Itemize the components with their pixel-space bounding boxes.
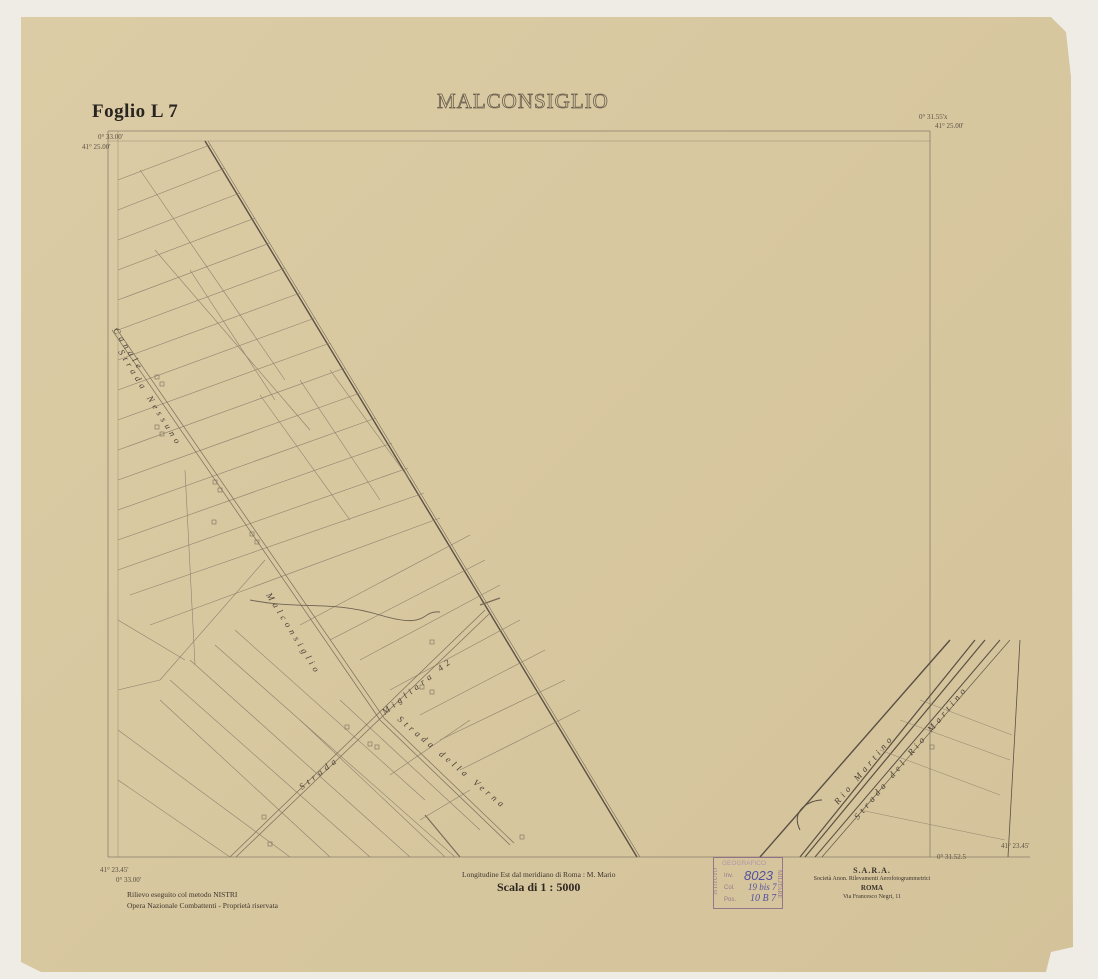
coord-top-left-long: 0° 33.00' [98, 133, 123, 141]
map-drawing: Canale Strada Nessuno Malconsiglio Migli… [0, 0, 1098, 979]
stamp-label-pos: Pos. [724, 897, 736, 903]
sheet-number: Foglio L 7 [92, 101, 178, 123]
archive-stamp: GEOGRAFICO ISTITUTO MILITARE Inv. Col. P… [713, 857, 783, 909]
boundary-line [205, 141, 640, 857]
parcel-lines [118, 145, 580, 857]
stamp-label-col: Col. [724, 885, 735, 891]
place-name-title: MALCONSIGLIO [437, 89, 609, 114]
survey-line-1: Rilievo eseguito col metodo NISTRI [127, 889, 278, 900]
canal-rio-martino [760, 640, 1020, 857]
road-verna [380, 718, 514, 857]
coord-top-left-lat: 41° 25.00' [82, 143, 111, 151]
label-strada-della-verna: Strada della Verna [396, 714, 509, 811]
publisher-city: ROMA [812, 884, 932, 893]
coord-bottom-right-lat: 41° 23.45' [1001, 842, 1030, 850]
coord-bottom-left-lat: 41° 23.45' [100, 866, 129, 874]
coord-bottom-left-long: 0° 33.00' [116, 876, 141, 884]
survey-note: Rilievo eseguito col metodo NISTRI Opera… [127, 889, 278, 911]
stamp-label-inv: Inv. [724, 873, 733, 879]
stamp-side-left: ISTITUTO [713, 868, 719, 895]
stamp-inventory-number: 8023 [744, 868, 773, 883]
coord-bottom-right-long: 0° 31.52.5 [937, 853, 966, 861]
publisher-block: S.A.R.A. Società Anon. Rilevamenti Aerof… [812, 866, 932, 902]
survey-line-2: Opera Nazionale Combattenti - Proprietà … [127, 900, 278, 911]
publisher-desc: Società Anon. Rilevamenti Aerofotogramme… [812, 875, 932, 884]
longitude-note: Longitudine Est dal meridiano di Roma : … [462, 869, 616, 880]
label-strada: Strada [297, 754, 341, 791]
coord-top-right-lat: 41° 25.00' [935, 122, 964, 130]
stamp-collocation: 19 bis 7 [748, 882, 777, 892]
label-rio-martino: Rio Martino [831, 732, 896, 807]
stamp-header: GEOGRAFICO [722, 860, 766, 867]
publisher-address: Via Francesco Negri, 11 [812, 893, 932, 902]
map-frame [108, 131, 1030, 857]
coord-top-right-long: 0° 31.55'x [919, 113, 948, 121]
stamp-position: 10 B 7 [750, 893, 776, 904]
publisher-name: S.A.R.A. [812, 866, 932, 875]
label-strada-nessuno: Strada Nessuno [116, 348, 184, 449]
label-strada-rio-martino: Strada del Rio Martino [852, 683, 970, 821]
buildings [155, 375, 934, 846]
scale-label: Scala di 1 : 5000 [497, 880, 580, 895]
label-migliara: Migliara 42 [379, 655, 455, 717]
